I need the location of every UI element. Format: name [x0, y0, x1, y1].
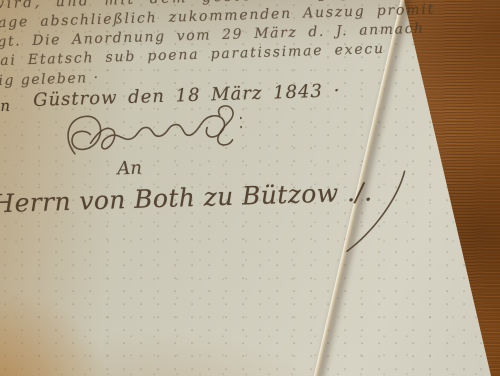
margin-word-fragment: n [0, 97, 10, 115]
salutation-an: An [117, 158, 142, 180]
signature-flourish [59, 102, 251, 170]
address-closing-slash [338, 167, 415, 255]
photo-of-handwritten-letter: wird, und mit dem gestern eingegangenen … [0, 0, 500, 376]
handwritten-line-5: ig geleben · [0, 70, 100, 89]
handwriting-layer: wird, und mit dem gestern eingegangenen … [0, 0, 500, 376]
addressee-line: Herrn von Both zu Bützow ./. [0, 177, 373, 218]
